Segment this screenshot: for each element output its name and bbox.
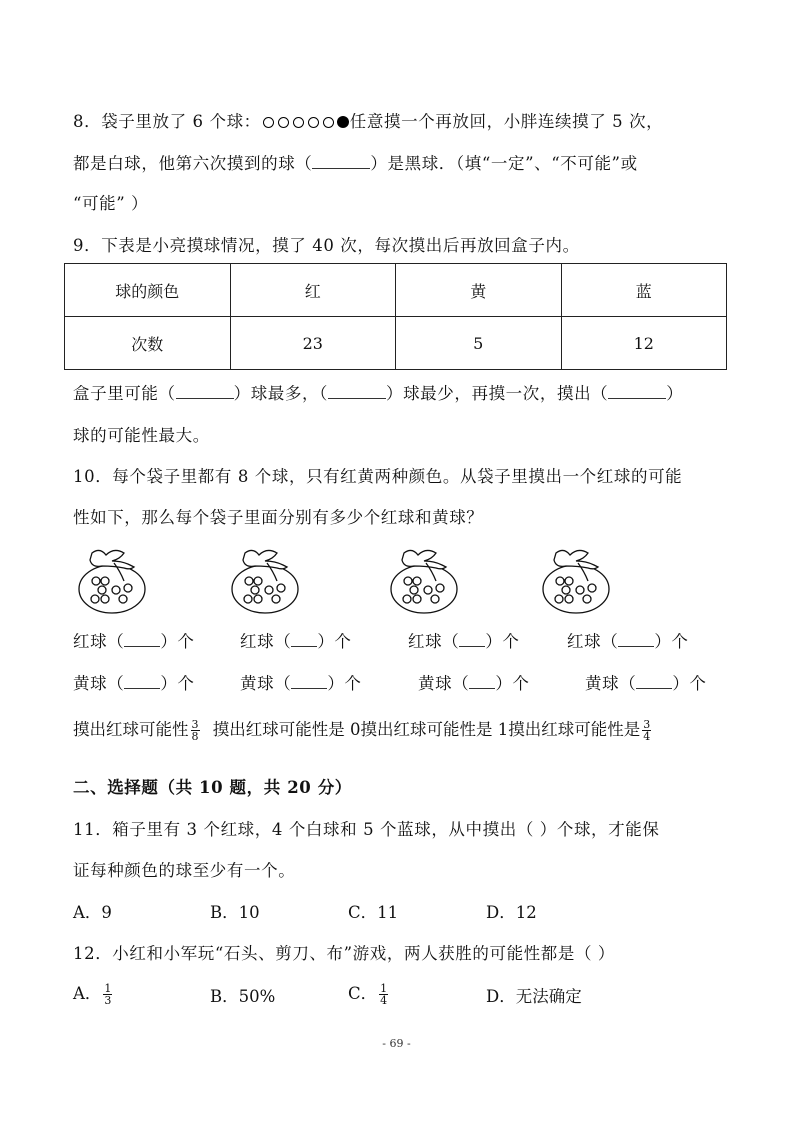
q12-line1: 12．小红和小军玩“石头、剪刀、布”游戏，两人获胜的可能性都是（ ） [73, 940, 615, 964]
fraction: 13 [103, 983, 112, 1006]
bag4-red-count: 红球（）个 [567, 628, 689, 652]
bag-icon [225, 545, 309, 615]
caption: 摸出红球可能性是 0 [213, 720, 361, 739]
bag-icon [536, 545, 620, 615]
table-row: 球的颜色 红 黄 蓝 [65, 264, 727, 317]
ball-tally-table: 球的颜色 红 黄 蓝 次数 23 5 12 [64, 263, 727, 370]
fraction: 14 [379, 983, 388, 1006]
q8-line1: 8．袋子里放了 6 个球：任意摸一个再放回，小胖连续摸了 5 次， [73, 108, 663, 132]
label: 黄球（ [240, 674, 291, 693]
label: 红球（ [567, 632, 618, 651]
fraction: 34 [642, 719, 651, 742]
denominator: 8 [192, 731, 199, 742]
answer-blank[interactable] [291, 632, 317, 647]
q9-text: ）球最少，再摸一次，摸出（ [386, 384, 608, 403]
denominator: 4 [643, 731, 650, 742]
section-title: 二、选择题（共 10 题，共 20 分） [73, 774, 352, 798]
table-cell: 红 [230, 264, 396, 317]
label: ）个 [654, 632, 688, 651]
answer-blank[interactable] [124, 674, 160, 689]
q12-option-c[interactable]: C．14 [348, 980, 390, 1006]
bag1-yellow-count: 黄球（）个 [73, 670, 195, 694]
label: ）个 [160, 632, 194, 651]
denominator: 4 [380, 995, 387, 1006]
q11-line1: 11．箱子里有 3 个红球，4 个白球和 5 个蓝球，从中摸出（ ）个球，才能保 [73, 816, 659, 840]
label: 黄球（ [418, 674, 469, 693]
option-label: A． [73, 984, 101, 1003]
label: 红球（ [408, 632, 459, 651]
q12-option-b[interactable]: B．50% [210, 983, 275, 1007]
bag4-yellow-count: 黄球（）个 [585, 670, 707, 694]
page-number: - 69 - [0, 1037, 793, 1050]
label: ）个 [672, 674, 706, 693]
answer-blank[interactable] [636, 674, 672, 689]
probability-captions: 摸出红球可能性38 摸出红球可能性是 0摸出红球可能性是 1摸出红球可能性是34 [73, 716, 653, 742]
answer-blank[interactable] [608, 384, 666, 399]
q10-line2: 性如下，那么每个袋子里面分别有多少个红球和黄球？ [73, 504, 483, 528]
table-cell: 23 [230, 317, 396, 370]
bag3-yellow-count: 黄球（）个 [418, 670, 530, 694]
q8-line3: “可能” ） [73, 190, 148, 214]
q9-answer-line: 盒子里可能（）球最多，（）球最少，再摸一次，摸出（） [73, 380, 683, 404]
q11-line2: 证每种颜色的球至少有一个。 [73, 857, 295, 881]
white-ball-icon [308, 117, 319, 128]
label: 红球（ [240, 632, 291, 651]
caption: 摸出红球可能性 [73, 720, 189, 739]
q8-text: 任意摸一个再放回，小胖连续摸了 5 次， [350, 112, 664, 131]
answer-blank[interactable] [312, 154, 370, 169]
answer-blank[interactable] [459, 632, 485, 647]
answer-blank[interactable] [176, 384, 234, 399]
label: 黄球（ [73, 674, 124, 693]
q8-line2: 都是白球，他第六次摸到的球（）是黑球．（填“一定”、“不可能”或 [73, 150, 638, 174]
white-ball-icon [278, 117, 289, 128]
answer-blank[interactable] [469, 674, 495, 689]
q11-option-c[interactable]: C．11 [348, 899, 398, 923]
white-ball-icon [293, 117, 304, 128]
q12-option-d[interactable]: D．无法确定 [486, 983, 582, 1007]
table-cell: 球的颜色 [65, 264, 231, 317]
q11-option-d[interactable]: D．12 [486, 899, 537, 923]
label: ）个 [160, 674, 194, 693]
table-cell: 蓝 [561, 264, 727, 317]
table-cell: 黄 [396, 264, 562, 317]
fraction: 38 [191, 719, 200, 742]
q11-option-b[interactable]: B．10 [210, 899, 260, 923]
q12-option-a[interactable]: A．13 [73, 980, 114, 1006]
caption: 摸出红球可能性是 1 [361, 720, 509, 739]
q8-text: ）是黑球．（填“一定”、“不可能”或 [370, 154, 637, 173]
q9-text: ） [666, 384, 683, 403]
q10-line1: 10．每个袋子里都有 8 个球，只有红黄两种颜色。从袋子里摸出一个红球的可能 [73, 463, 682, 487]
bag3-red-count: 红球（）个 [408, 628, 520, 652]
q9-line2: 球的可能性最大。 [73, 422, 210, 446]
caption: 摸出红球可能性是 [508, 720, 640, 739]
label: 黄球（ [585, 674, 636, 693]
q9-intro: 9．下表是小亮摸球情况，摸了 40 次，每次摸出后再放回盒子内。 [73, 232, 580, 256]
table-row: 次数 23 5 12 [65, 317, 727, 370]
white-ball-icon [323, 117, 334, 128]
label: 红球（ [73, 632, 124, 651]
option-label: C． [348, 984, 377, 1003]
q8-text: 8．袋子里放了 6 个球： [73, 112, 261, 131]
bag2-red-count: 红球（）个 [240, 628, 352, 652]
white-ball-icon [263, 117, 274, 128]
q9-text: ）球最多，（ [234, 384, 328, 403]
label: ）个 [327, 674, 361, 693]
black-ball-icon [337, 116, 349, 128]
q9-text: 盒子里可能（ [73, 384, 176, 403]
q11-option-a[interactable]: A．9 [73, 899, 112, 923]
denominator: 3 [104, 995, 111, 1006]
bag-icon [384, 545, 468, 615]
label: ）个 [317, 632, 351, 651]
bag-icon [72, 545, 156, 615]
label: ）个 [485, 632, 519, 651]
answer-blank[interactable] [124, 632, 160, 647]
answer-blank[interactable] [291, 674, 327, 689]
table-cell: 12 [561, 317, 727, 370]
answer-blank[interactable] [328, 384, 386, 399]
q8-text: 都是白球，他第六次摸到的球（ [73, 154, 312, 173]
answer-blank[interactable] [618, 632, 654, 647]
table-cell: 次数 [65, 317, 231, 370]
bag2-yellow-count: 黄球（）个 [240, 670, 362, 694]
label: ）个 [495, 674, 529, 693]
bag1-red-count: 红球（）个 [73, 628, 195, 652]
table-cell: 5 [396, 317, 562, 370]
